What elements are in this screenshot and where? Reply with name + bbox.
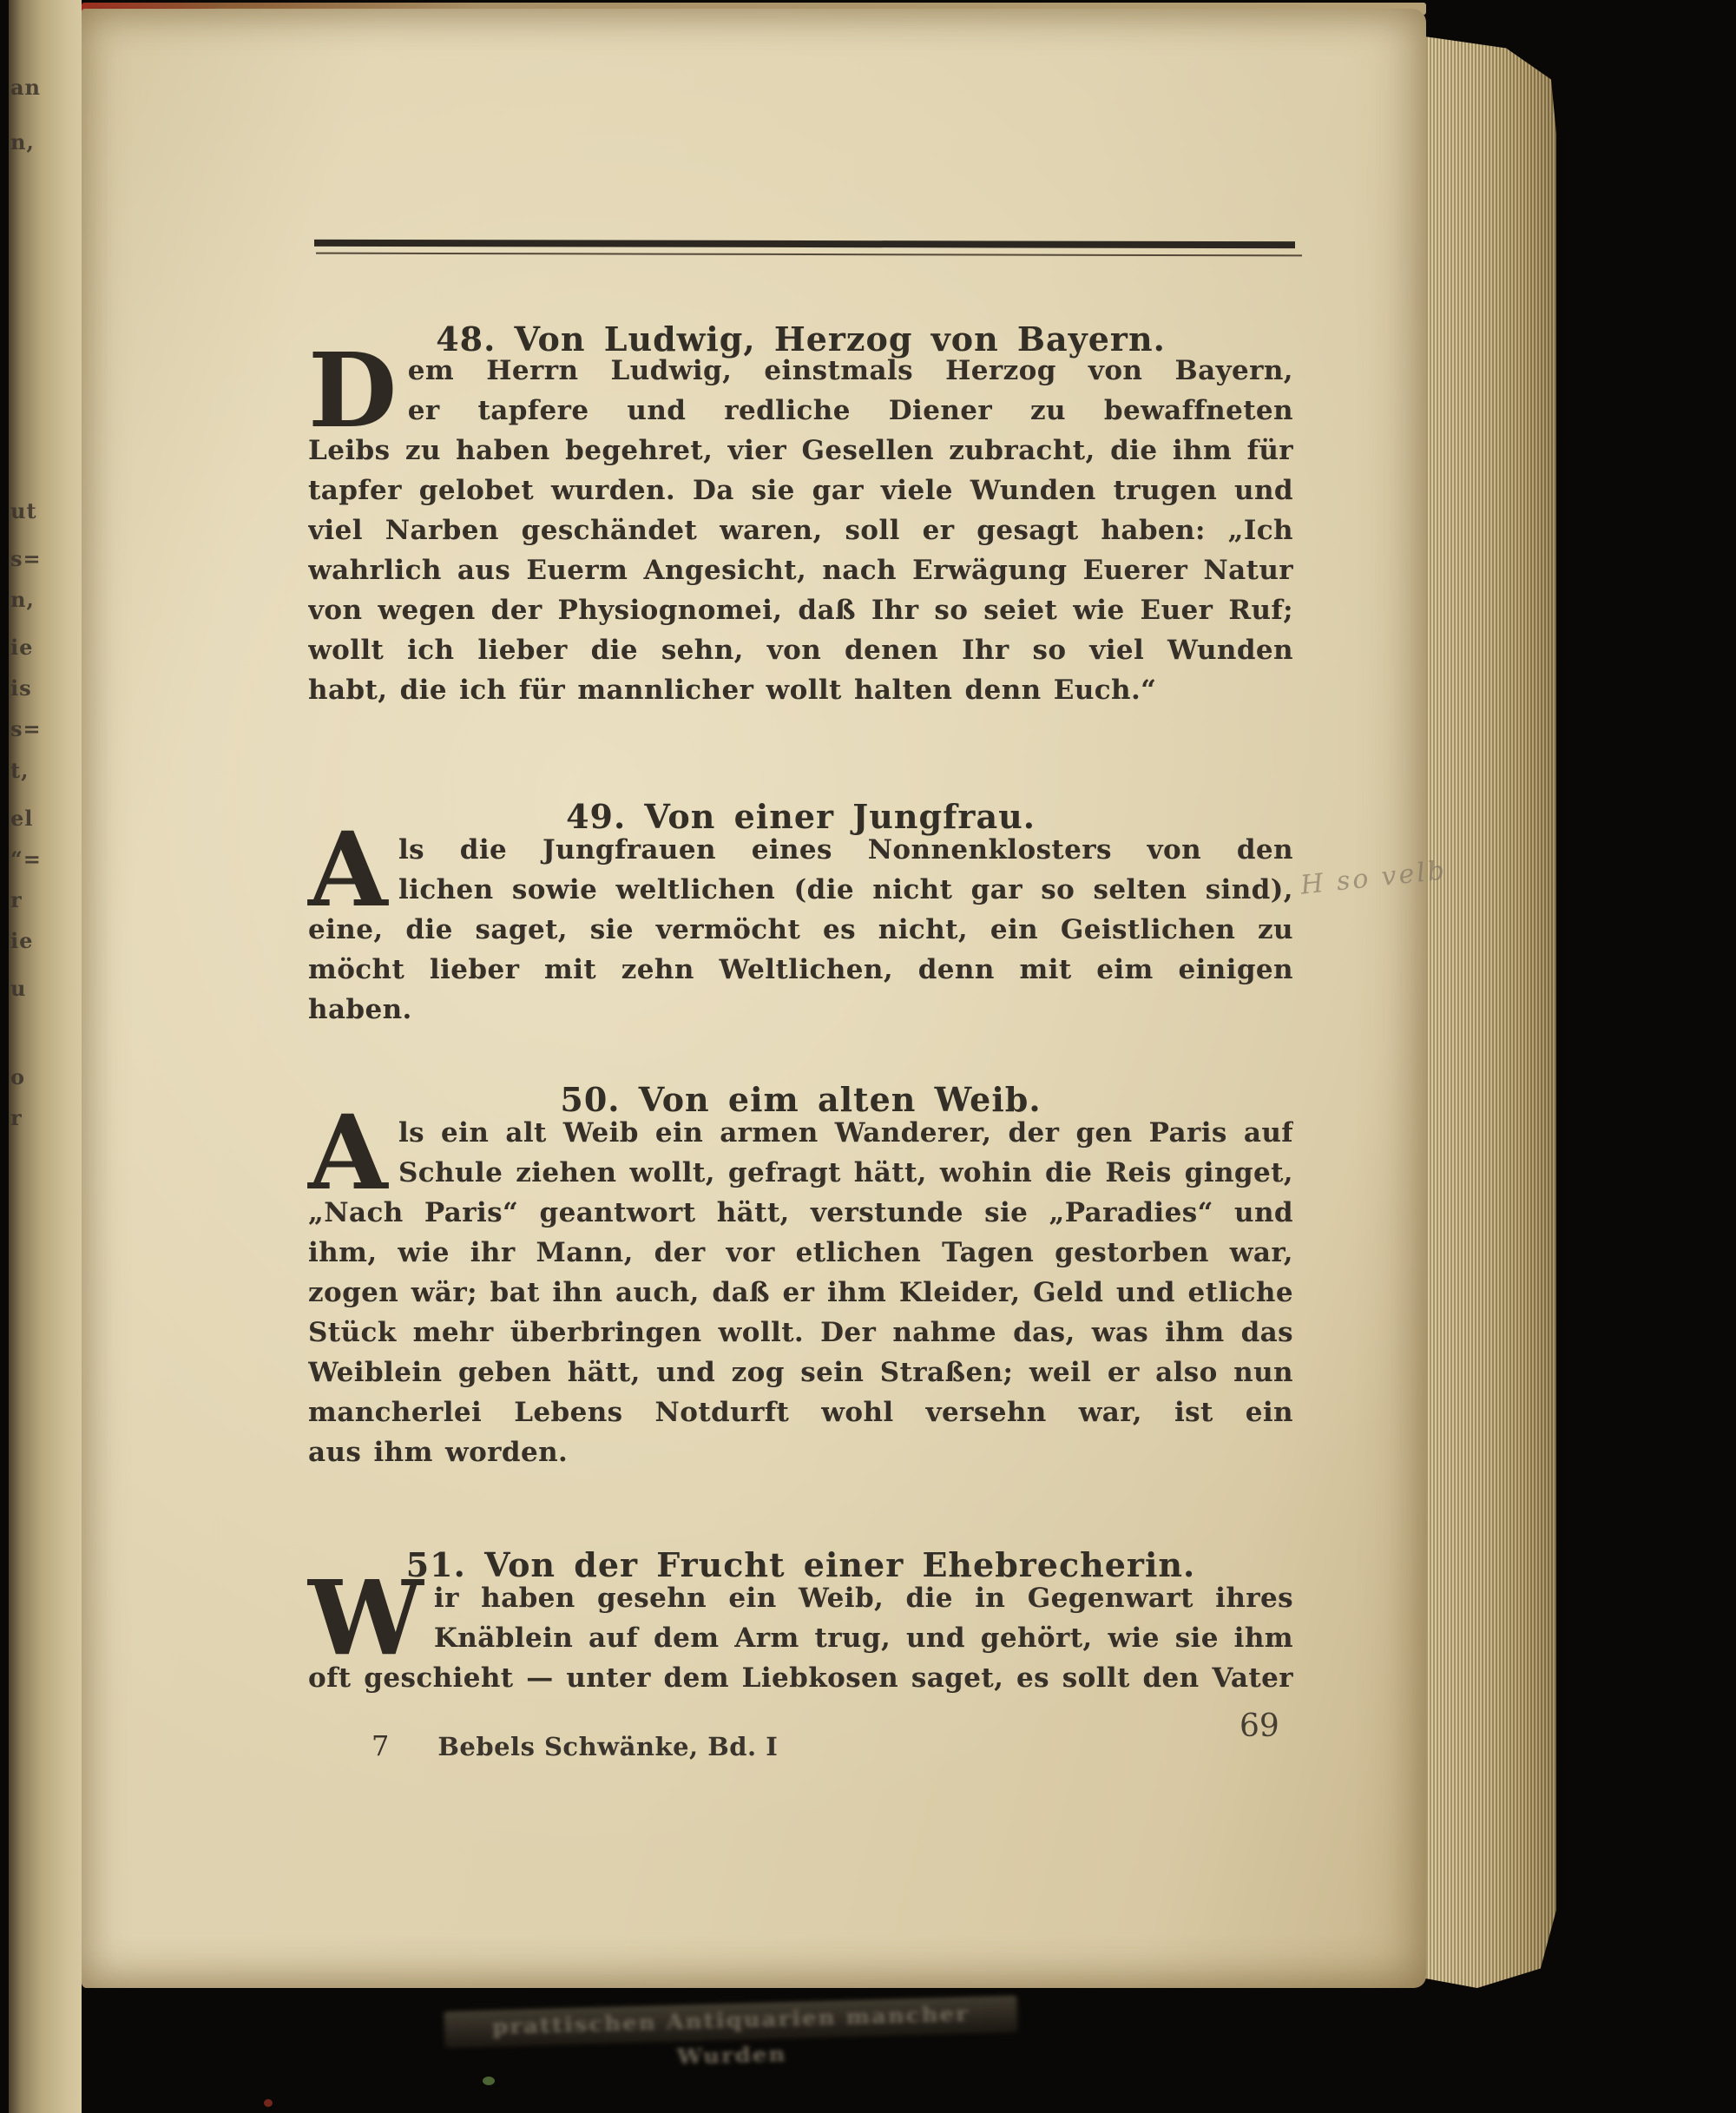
drop-cap: D — [308, 351, 408, 431]
signature-number: 7 — [372, 1729, 389, 1762]
text-line: tapfer gelobet wurden. Da sie gar viele … — [308, 471, 1293, 510]
text-line: ir haben gesehn ein Weib, die in Gegenwa… — [434, 1578, 1293, 1618]
text-line: ls die Jungfrauen eines Nonnenklosters v… — [398, 830, 1293, 870]
text-line: „Nach Paris“ geantwort hätt, verstunde s… — [308, 1193, 1293, 1233]
story-paragraph: Als ein alt Weib ein armen Wanderer, der… — [308, 1113, 1293, 1472]
text-line: Knäblein auf dem Arm trug, und gehört, w… — [434, 1618, 1293, 1658]
text-line: habt, die ich für mannlicher wollt halte… — [308, 670, 1293, 710]
text-line: zogen wär; bat ihn auch, daß er ihm Klei… — [308, 1273, 1293, 1313]
header-rule-thin — [316, 253, 1302, 257]
text-line: wahrlich aus Euerm Angesicht, nach Erwäg… — [308, 550, 1293, 590]
text-line: lichen sowie weltlichen (die nicht gar s… — [398, 870, 1293, 910]
text-line: viel Narben geschändet waren, soll er ge… — [308, 510, 1293, 550]
text-line: mancherlei Lebens Notdurft wohl versehn … — [308, 1392, 1293, 1432]
signature-title: Bebels Schwänke, Bd. I — [437, 1732, 778, 1761]
text-line: haben. — [308, 990, 1293, 1030]
text-line: wollt ich lieber die sehn, von denen Ihr… — [308, 630, 1293, 670]
text-line: aus ihm worden. — [308, 1432, 1293, 1472]
printed-page-content: 48. Von Ludwig, Herzog von Bayern.Dem He… — [0, 0, 1736, 2113]
text-line: er tapfere und redliche Diener zu bewaff… — [408, 391, 1293, 431]
footer-signature-line: 7Bebels Schwänke, Bd. I — [372, 1729, 778, 1762]
pencil-margin-note: H so velb — [1299, 855, 1449, 900]
story-paragraph: Wir haben gesehn ein Weib, die in Gegenw… — [308, 1578, 1293, 1698]
text-line: von wegen der Physiognomei, daß Ihr so s… — [308, 590, 1293, 630]
drop-cap: A — [308, 830, 398, 910]
text-line: ls ein alt Weib ein armen Wanderer, der … — [398, 1113, 1293, 1153]
story-paragraph: Als die Jungfrauen eines Nonnenklosters … — [308, 830, 1293, 1030]
text-line: ihm, wie ihr Mann, der vor etlichen Tage… — [308, 1233, 1293, 1273]
text-line: Stück mehr überbringen wollt. Der nahme … — [308, 1313, 1293, 1353]
drop-cap: W — [308, 1578, 434, 1658]
drop-cap: A — [308, 1113, 398, 1193]
text-line: Weiblein geben hätt, und zog sein Straße… — [308, 1353, 1293, 1392]
text-line: em Herrn Ludwig, einstmals Herzog von Ba… — [408, 351, 1293, 391]
text-line: oft geschieht — unter dem Liebkosen sage… — [308, 1658, 1293, 1698]
header-rule-thick — [314, 240, 1295, 248]
text-line: eine, die saget, sie vermöcht es nicht, … — [308, 910, 1293, 950]
text-line: Schule ziehen wollt, gefragt hätt, wohin… — [398, 1153, 1293, 1193]
story-paragraph: Dem Herrn Ludwig, einstmals Herzog von B… — [308, 351, 1293, 710]
text-line: Leibs zu haben begehret, vier Gesellen z… — [308, 431, 1293, 471]
text-line: möcht lieber mit zehn Weltlichen, denn m… — [308, 950, 1293, 990]
page-number: 69 — [1240, 1708, 1279, 1744]
